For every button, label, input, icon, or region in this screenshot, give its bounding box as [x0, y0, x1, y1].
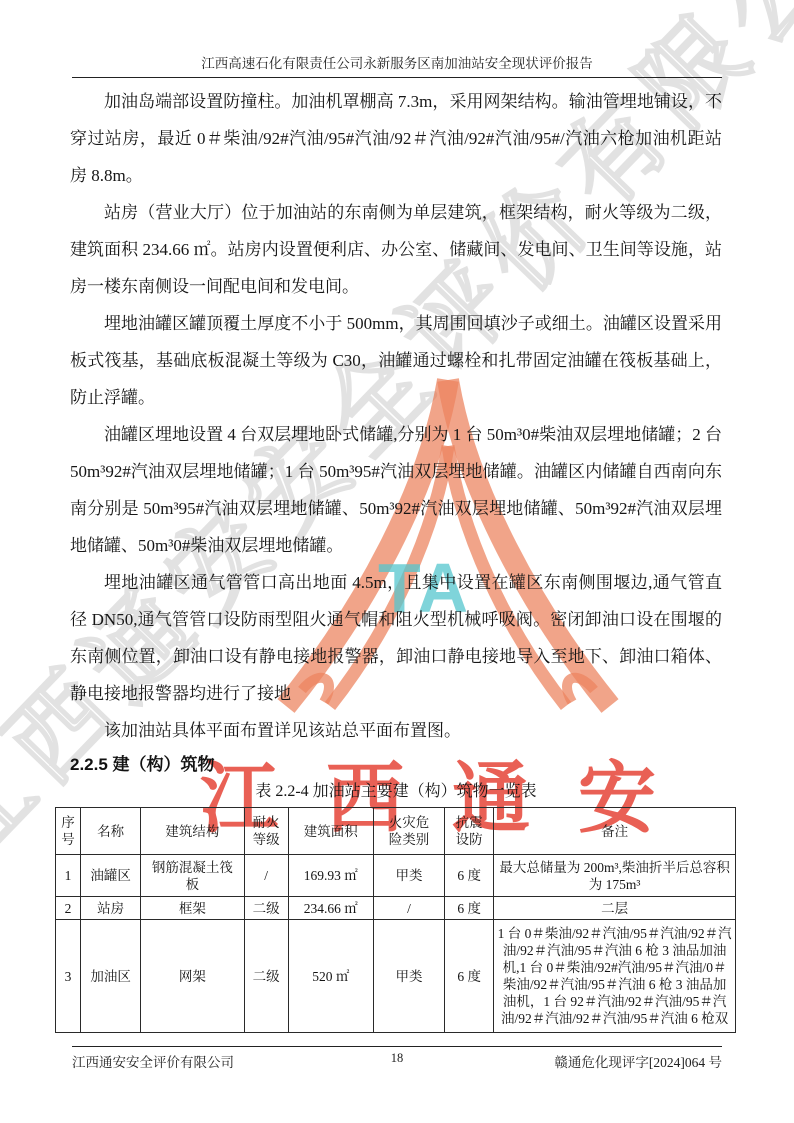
- cell-seq: 3: [56, 920, 81, 1033]
- section-heading: 2.2.5 建（构）筑物: [70, 752, 722, 778]
- col-header-fire-hazard: 火灾危险类别: [373, 808, 444, 855]
- cell-remark: 1 台 0＃柴油/92＃汽油/95＃汽油/92＃汽油/92＃汽油/95＃汽油 6…: [494, 920, 736, 1033]
- footer-doc-number: 赣通危化现评字[2024]064 号: [554, 1051, 722, 1071]
- cell-seq: 1: [56, 855, 81, 897]
- paragraph: 加油岛端部设置防撞柱。加油机罩棚高 7.3m，采用网架结构。输油管埋地铺设，不穿…: [70, 83, 722, 194]
- col-header-fire-rating: 耐火等级: [244, 808, 288, 855]
- cell-fire-rating: /: [244, 855, 288, 897]
- col-header-name: 名称: [81, 808, 141, 855]
- cell-fire-hazard: 甲类: [373, 920, 444, 1033]
- paragraph: 站房（营业大厅）位于加油站的东南侧为单层建筑，框架结构，耐火等级为二级，建筑面积…: [70, 194, 722, 305]
- cell-seq: 2: [56, 897, 81, 920]
- col-header-remark: 备注: [494, 808, 736, 855]
- page-content: 江西高速石化有限责任公司永新服务区南加油站安全现状评价报告 加油岛端部设置防撞柱…: [0, 0, 794, 1123]
- col-header-seq: 序号: [56, 808, 81, 855]
- cell-structure: 框架: [141, 897, 244, 920]
- footer-rule: [72, 1046, 722, 1047]
- cell-fire-hazard: /: [373, 897, 444, 920]
- table-row: 3 加油区 网架 二级 520 ㎡ 甲类 6 度 1 台 0＃柴油/92＃汽油/…: [56, 920, 736, 1033]
- paragraph: 埋地油罐区罐顶覆土厚度不小于 500mm，其周围回填沙子或细土。油罐区设置采用板…: [70, 305, 722, 416]
- page-header-title: 江西高速石化有限责任公司永新服务区南加油站安全现状评价报告: [0, 52, 794, 72]
- cell-area: 520 ㎡: [288, 920, 373, 1033]
- cell-remark: 最大总储量为 200m³,柴油折半后总容积为 175m³: [494, 855, 736, 897]
- header-rule: [72, 77, 722, 78]
- paragraph: 埋地油罐区通气管管口高出地面 4.5m，且集中设置在罐区东南侧围堰边,通气管直径…: [70, 564, 722, 712]
- cell-structure: 钢筋混凝土筏板: [141, 855, 244, 897]
- table-header-row: 序号 名称 建筑结构 耐火等级 建筑面积 火灾危险类别 抗震设防 备注: [56, 808, 736, 855]
- cell-fire-hazard: 甲类: [373, 855, 444, 897]
- table-row: 2 站房 框架 二级 234.66 ㎡ / 6 度 二层: [56, 897, 736, 920]
- document-page: 江西通安安全评价有限公司 TA 江西通安 江西高速石化有限责任公司永新服务区南加…: [0, 0, 794, 1123]
- table-row: 1 油罐区 钢筋混凝土筏板 / 169.93 ㎡ 甲类 6 度 最大总储量为 2…: [56, 855, 736, 897]
- paragraph: 该加油站具体平面布置详见该站总平面布置图。: [70, 712, 722, 749]
- cell-fire-rating: 二级: [244, 920, 288, 1033]
- cell-area: 169.93 ㎡: [288, 855, 373, 897]
- cell-remark: 二层: [494, 897, 736, 920]
- cell-seismic: 6 度: [445, 855, 494, 897]
- col-header-seismic: 抗震设防: [445, 808, 494, 855]
- body-text-block: 加油岛端部设置防撞柱。加油机罩棚高 7.3m，采用网架结构。输油管埋地铺设，不穿…: [70, 83, 722, 1033]
- cell-seismic: 6 度: [445, 897, 494, 920]
- cell-name: 油罐区: [81, 855, 141, 897]
- table-title: 表 2.2-4 加油站主要建（构）筑物一览表: [70, 780, 722, 804]
- cell-fire-rating: 二级: [244, 897, 288, 920]
- col-header-area: 建筑面积: [288, 808, 373, 855]
- cell-seismic: 6 度: [445, 920, 494, 1033]
- buildings-table: 序号 名称 建筑结构 耐火等级 建筑面积 火灾危险类别 抗震设防 备注 1 油罐…: [55, 807, 736, 1033]
- cell-name: 加油区: [81, 920, 141, 1033]
- cell-name: 站房: [81, 897, 141, 920]
- cell-structure: 网架: [141, 920, 244, 1033]
- col-header-structure: 建筑结构: [141, 808, 244, 855]
- paragraph: 油罐区埋地设置 4 台双层埋地卧式储罐,分别为 1 台 50m³0#柴油双层埋地…: [70, 416, 722, 564]
- cell-area: 234.66 ㎡: [288, 897, 373, 920]
